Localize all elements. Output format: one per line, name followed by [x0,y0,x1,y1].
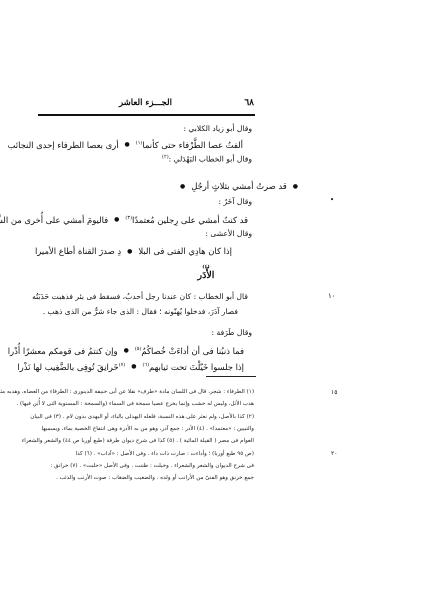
footnote-line: فى شرح الديوان والشعر والشعراء . وخيلت :… [50,462,254,470]
footnote-line: هدب الأثل، وليس له خشب وإنما يخرج عصيا س… [17,400,255,408]
margin-line-number: ٢٠ [331,450,337,457]
verse-hemistich-right: إذا جلسوا خَيّلْتَ تحت ثيابهم [149,362,244,372]
intro-text: وقال الأعشى : [205,229,252,238]
footnote-text: (١) الطرفاء : شجر، قال فى اللسان مادة «ط… [0,389,254,395]
footnote-text: (ص ٩٥ طبع أوربا) ؛ وأداءت : صارت ذات داء… [76,451,254,457]
verse-hemistich-left: دِ صدرَ القناة أطاع الأميرا [35,246,121,256]
intro-text: وقال طَرَفة : [212,328,252,337]
verse-line: إذا كان هادِي الفتى فى البلا●دِ صدرَ الق… [35,245,232,258]
margin-line-number: ١٠ [328,292,336,300]
verse-separator: ● [124,345,129,357]
footnote-text: (٢) كذا بالأصل، ولم نعثر على هذه النسبة،… [30,414,254,420]
margin-line-number: ١٥ [331,389,337,396]
verse-hemistich-right: فما ذنبُنا فى أن أداءَتْ خُصاكُمُ [141,346,244,356]
footnote-ref: (٢) [162,154,169,160]
verse-separator: ● [114,214,119,226]
verse-line: إذا جلسوا خَيّلْتَ تحت ثيابهم(٦)●(٧)خَرا… [17,359,244,373]
book-page: ٦٨ الجـــزء العاشر وقال أبو زياد الكلابي… [0,0,424,599]
verse-separator: ● [127,246,132,258]
footnote-line: (١) الطرفاء : شجر، قال فى اللسان مادة «ط… [0,388,254,396]
prose-text: فصار آدَرَ، فدخلوا يُهنّونه ؛ فقال : الذ… [43,307,238,316]
header-rule [38,114,255,116]
section-heading: الأَدَر [176,270,236,281]
intro-line: وقال أبو زياد الكلابي : [183,123,252,135]
intro-line: وقال الأعشى : [205,228,252,240]
intro-text: وقال آخَرُ : [218,197,252,206]
verse-hemistich-left: وإن كنتمُ فى قومكم معشرًا أُدْرا [8,346,118,356]
intro-text: وقال أبو الخطاب البَهْدَلي : [169,155,252,164]
verse-line: ألفتُ عصا الطَّرْفاء حتى كأنما(١)●أرى بع… [8,137,243,151]
footnote-text: والتبيين : «معتمدا» . (٤) الأدر : جمع آد… [41,426,254,432]
intro-line: وقال أبو الخطاب البَهْدَلي :(٢) [162,151,252,166]
section-title: (٤) الأَدَر [176,264,236,281]
page-header: ٦٨ الجـــزء العاشر [38,94,254,114]
verse-separator: ● [131,361,136,373]
intro-line: وقال طَرَفة : [212,327,252,339]
footnote-line: (ص ٩٥ طبع أوربا) ؛ وأداءت : صارت ذات داء… [76,450,254,458]
intro-line: وقال آخَرُ : [218,196,252,208]
page-number: ٦٨ [244,98,254,108]
footnote-line: والتبيين : «معتمدا» . (٤) الأدر : جمع آد… [41,425,254,433]
margin-dot: • [330,196,334,204]
verse-hemistich-left: أرى بعصا الطرفاء إحدى النجائب [8,140,119,150]
footnote-line: العوام فى مصر ( القيلة المائية ) . (٥) ك… [22,437,254,445]
verse-hemistich-right: ألفتُ عصا الطَّرْفاء حتى كأنما [142,140,243,150]
footnote-text: فى شرح الديوان والشعر والشعراء . وخيلت :… [50,463,254,469]
footnote-line: جمع خرنق وهو الفتىّ من الأرانب أو ولده .… [56,474,254,482]
verse-hemistich-left: فاليومَ أمشي على أُخرى من الشَّجَرِ [0,215,108,225]
verse-hemistich-right: قد كنتُ أمشي على رِجلين مُعتمدًا [132,215,248,225]
prose-line: فصار آدَرَ، فدخلوا يُهنّونه ؛ فقال : الذ… [43,306,238,318]
verse-line: ●قد صرتُ أمشي بثلاثٍ أرجُلِ● [174,180,304,193]
footnote-text: هدب الأثل، وليس له خشب وإنما يخرج عصيا س… [17,401,255,407]
verse-text: قد صرتُ أمشي بثلاثٍ أرجُلِ [191,181,287,191]
verse-separator: ● [180,181,185,193]
verse-separator: ● [293,181,298,193]
footnote-ref: (٧) [119,362,126,368]
footnote-rule [206,376,256,377]
verse-hemistich-left: خَرانِقَ تُوفِى بالضَّغِيب لها نَذْرا [17,362,118,372]
footnote-text: العوام فى مصر ( القيلة المائية ) . (٥) ك… [22,438,254,444]
footnote-text: جمع خرنق وهو الفتىّ من الأرانب أو ولده .… [56,475,254,481]
verse-separator: ● [125,139,130,151]
verse-line: قد كنتُ أمشي على رِجلين مُعتمدًا(٣)●فالي… [0,212,248,226]
running-title: الجـــزء العاشر [119,98,172,108]
verse-hemistich-right: إذا كان هادِي الفتى فى البلا [138,246,232,256]
footnote-line: (٢) كذا بالأصل، ولم نعثر على هذه النسبة،… [30,413,254,421]
prose-line: قال أبو الخطاب : كان عندنا رجل أحدبُ، فس… [32,291,248,303]
prose-text: قال أبو الخطاب : كان عندنا رجل أحدبُ، فس… [32,292,248,301]
verse-line: فما ذنبُنا فى أن أداءَتْ خُصاكُمُ(٥)●وإن… [8,343,244,357]
intro-text: وقال أبو زياد الكلابي : [183,124,252,133]
